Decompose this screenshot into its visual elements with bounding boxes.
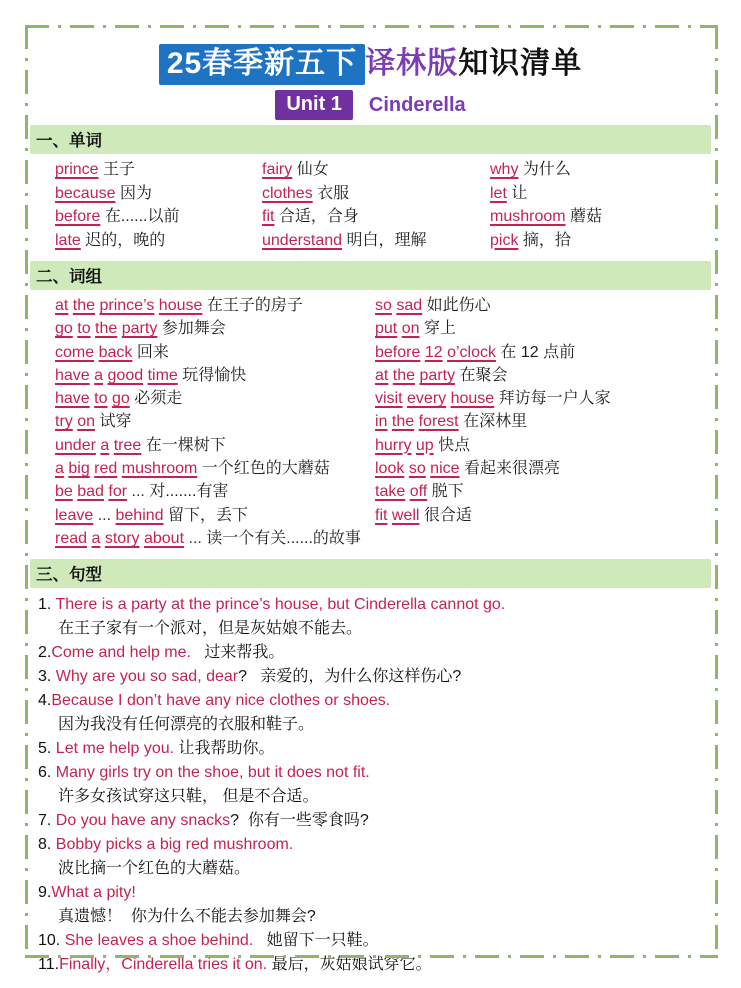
english-term: fit well (375, 507, 419, 524)
sentence-item: 7. Do you have any snacks? 你有一些零食吗? (38, 809, 711, 833)
chinese-meaning: 试穿 (95, 413, 131, 430)
sentence-item: 1. There is a party at the prince’s hous… (38, 593, 711, 641)
phrases-grid: at the prince’s house 在王子的房子so sad 如此伤心g… (30, 290, 711, 554)
chinese-meaning: 在深林里 (459, 413, 527, 430)
unit-badge: Unit 1 (275, 90, 353, 120)
chinese-meaning: 为什么 (518, 161, 570, 178)
chinese-meaning: 衣服 (313, 185, 349, 202)
sentence-line: 7. Do you have any snacks? 你有一些零食吗? (38, 809, 711, 833)
sentence-line: 9.What a pity! (38, 881, 711, 905)
section-words: 一、单词 prince 王子fairy 仙女why 为什么because 因为c… (30, 125, 711, 256)
sentence-translation: 在王子家有一个派对，但是灰姑娘不能去。 (38, 617, 711, 641)
english-term: clothes (262, 185, 313, 202)
phrase-entry: have to go 必须走 (55, 387, 375, 410)
phrase-entry: at the party 在聚会 (375, 364, 711, 387)
chinese-meaning: 在一棵树下 (141, 437, 225, 454)
chinese-meaning: 对.......有害 (145, 483, 229, 500)
section-words-heading: 一、单词 (30, 125, 711, 154)
page-border-left (25, 25, 28, 958)
sentence-item: 11.Finally，Cinderella tries it on. 最后，灰姑… (38, 953, 711, 977)
chinese-meaning: 回来 (132, 344, 168, 361)
phrase-entry: look so nice 看起来很漂亮 (375, 457, 711, 480)
phrase-entry: be bad for ... 对.......有害 (55, 480, 375, 503)
chinese-meaning: 让 (507, 185, 527, 202)
chinese-meaning: 迟的，晚的 (81, 232, 165, 249)
section-phrases: 二、词组 at the prince’s house 在王子的房子so sad … (30, 261, 711, 554)
word-entry: understand 明白，理解 (262, 229, 490, 253)
phrase-entry: go to the party 参加舞会 (55, 317, 375, 340)
sentence-translation: 因为我没有任何漂亮的衣服和鞋子。 (38, 713, 711, 737)
sentence-item: 2.Come and help me. 过来帮我。 (38, 641, 711, 665)
english-term: let (490, 185, 507, 202)
title-edition-part: 译林版 (365, 47, 458, 80)
english-term: pick (490, 232, 518, 249)
english-term: at the prince’s house (55, 297, 202, 314)
word-entry: mushroom 蘑菇 (490, 205, 711, 229)
chinese-meaning: 必须走 (130, 390, 182, 407)
english-term: a big red mushroom (55, 460, 197, 477)
phrase-entry: before 12 o’clock 在 12 点前 (375, 341, 711, 364)
phrase-entry: put on 穿上 (375, 317, 711, 340)
header: 25春季新五下译林版知识清单 Unit 1 Cinderella (30, 46, 711, 120)
sentence-item: 9.What a pity!真遗憾！ 你为什么不能去参加舞会? (38, 881, 711, 929)
chinese-meaning: 摘，拾 (518, 232, 570, 249)
word-entry: before 在......以前 (55, 205, 262, 229)
chinese-meaning: 参加舞会 (157, 320, 225, 337)
word-entry: fairy 仙女 (262, 158, 490, 182)
phrase-entry: under a tree 在一棵树下 (55, 434, 375, 457)
phrase-entry: try on 试穿 (55, 410, 375, 433)
section-sentences-heading: 三、句型 (30, 559, 711, 588)
chinese-meaning: 如此伤心 (422, 297, 490, 314)
english-term: because (55, 185, 116, 202)
english-term: prince (55, 161, 99, 178)
chinese-meaning: 一个红色的大蘑菇 (197, 460, 329, 477)
chinese-meaning: 看起来很漂亮 (460, 460, 560, 477)
english-term: put on (375, 320, 420, 337)
sentence-line: 1. There is a party at the prince’s hous… (38, 593, 711, 617)
english-term: in the forest (375, 413, 459, 430)
english-term: understand (262, 232, 342, 249)
word-entry: because 因为 (55, 182, 262, 206)
page-border-right (715, 25, 718, 958)
chinese-meaning: 留下，丢下 (164, 507, 248, 524)
phrase-entry: at the prince’s house 在王子的房子 (55, 294, 375, 317)
chinese-meaning: 仙女 (292, 161, 328, 178)
chinese-meaning: 合适，合身 (274, 208, 358, 225)
word-entry: fit 合适，合身 (262, 205, 490, 229)
chinese-meaning: 因为 (116, 185, 152, 202)
chinese-meaning: 玩得愉快 (178, 367, 246, 384)
sentence-item: 10. She leaves a shoe behind. 她留下一只鞋。 (38, 929, 711, 953)
english-term: at the party (375, 367, 455, 384)
page-title: 25春季新五下译林版知识清单 (30, 46, 711, 82)
word-entry: let 让 (490, 182, 711, 206)
chinese-meaning: 在聚会 (455, 367, 507, 384)
chinese-meaning: 拜访每一户人家 (494, 390, 610, 407)
phrase-entry: read a story about ... 读一个有关......的故事 (55, 527, 375, 550)
english-term: look so nice (375, 460, 460, 477)
english-term: so sad (375, 297, 422, 314)
chinese-meaning: 快点 (434, 437, 470, 454)
unit-name: Cinderella (369, 94, 466, 117)
worksheet-page: 25春季新五下译林版知识清单 Unit 1 Cinderella 一、单词 pr… (0, 0, 741, 988)
title-suffix-part: 知识清单 (458, 47, 582, 80)
phrase-entry (375, 527, 711, 550)
english-term: hurry up (375, 437, 434, 454)
phrase-entry: a big red mushroom 一个红色的大蘑菇 (55, 457, 375, 480)
chinese-meaning: 在 12 点前 (496, 344, 575, 361)
sentences-list: 1. There is a party at the prince’s hous… (30, 588, 711, 977)
sentence-line: 4.Because I don’t have any nice clothes … (38, 689, 711, 713)
english-term: be bad for ... (55, 483, 145, 500)
english-term: go to the party (55, 320, 157, 337)
word-entry: clothes 衣服 (262, 182, 490, 206)
english-term: come back (55, 344, 132, 361)
english-term: have a good time (55, 367, 178, 384)
phrase-entry: in the forest 在深林里 (375, 410, 711, 433)
sentence-line: 3. Why are you so sad, dear? 亲爱的，为什么你这样伤… (38, 665, 711, 689)
phrase-entry: so sad 如此伤心 (375, 294, 711, 317)
phrase-entry: hurry up 快点 (375, 434, 711, 457)
phrase-entry: take off 脱下 (375, 480, 711, 503)
word-entry: why 为什么 (490, 158, 711, 182)
chinese-meaning: 王子 (99, 161, 135, 178)
phrase-entry: have a good time 玩得愉快 (55, 364, 375, 387)
sentence-item: 3. Why are you so sad, dear? 亲爱的，为什么你这样伤… (38, 665, 711, 689)
chinese-meaning: 读一个有关......的故事 (202, 530, 361, 547)
phrase-entry: leave ... behind 留下，丢下 (55, 504, 375, 527)
sentence-line: 6. Many girls try on the shoe, but it do… (38, 761, 711, 785)
english-term: have to go (55, 390, 130, 407)
sentence-line: 10. She leaves a shoe behind. 她留下一只鞋。 (38, 929, 711, 953)
chinese-meaning: 在王子的房子 (202, 297, 302, 314)
english-term: why (490, 161, 518, 178)
english-term: try on (55, 413, 95, 430)
english-term: before 12 o’clock (375, 344, 496, 361)
english-term: leave ... behind (55, 507, 164, 524)
sentence-translation: 真遗憾！ 你为什么不能去参加舞会? (38, 905, 711, 929)
english-term: before (55, 208, 100, 225)
phrase-entry: fit well 很合适 (375, 504, 711, 527)
phrase-entry: come back 回来 (55, 341, 375, 364)
word-entry: pick 摘，拾 (490, 229, 711, 253)
words-grid: prince 王子fairy 仙女why 为什么because 因为clothe… (30, 154, 711, 256)
english-term: fairy (262, 161, 292, 178)
word-entry: prince 王子 (55, 158, 262, 182)
sentence-item: 5. Let me help you. 让我帮助你。 (38, 737, 711, 761)
sentence-translation: 许多女孩试穿这只鞋， 但是不合适。 (38, 785, 711, 809)
section-sentences: 三、句型 1. There is a party at the prince’s… (30, 559, 711, 977)
chinese-meaning: 很合适 (419, 507, 471, 524)
chinese-meaning: 在......以前 (100, 208, 179, 225)
english-term: fit (262, 208, 274, 225)
english-term: under a tree (55, 437, 141, 454)
section-phrases-heading: 二、词组 (30, 261, 711, 290)
chinese-meaning: 脱下 (427, 483, 463, 500)
english-term: mushroom (490, 208, 566, 225)
sentence-item: 4.Because I don’t have any nice clothes … (38, 689, 711, 737)
english-term: visit every house (375, 390, 494, 407)
unit-row: Unit 1 Cinderella (30, 90, 711, 120)
phrase-entry: visit every house 拜访每一户人家 (375, 387, 711, 410)
sentence-line: 11.Finally，Cinderella tries it on. 最后，灰姑… (38, 953, 711, 977)
sentence-line: 8. Bobby picks a big red mushroom. (38, 833, 711, 857)
page-border-top (25, 25, 718, 28)
chinese-meaning: 穿上 (420, 320, 456, 337)
chinese-meaning: 蘑菇 (566, 208, 602, 225)
sentence-item: 6. Many girls try on the shoe, but it do… (38, 761, 711, 809)
english-term: late (55, 232, 81, 249)
word-entry: late 迟的，晚的 (55, 229, 262, 253)
sentence-line: 2.Come and help me. 过来帮我。 (38, 641, 711, 665)
english-term: take off (375, 483, 427, 500)
english-term: read a story about ... (55, 530, 202, 547)
chinese-meaning: 明白，理解 (342, 232, 426, 249)
sentence-translation: 波比摘一个红色的大蘑菇。 (38, 857, 711, 881)
title-grade-part: 25春季新五下 (159, 44, 365, 85)
sentence-item: 8. Bobby picks a big red mushroom.波比摘一个红… (38, 833, 711, 881)
sentence-line: 5. Let me help you. 让我帮助你。 (38, 737, 711, 761)
